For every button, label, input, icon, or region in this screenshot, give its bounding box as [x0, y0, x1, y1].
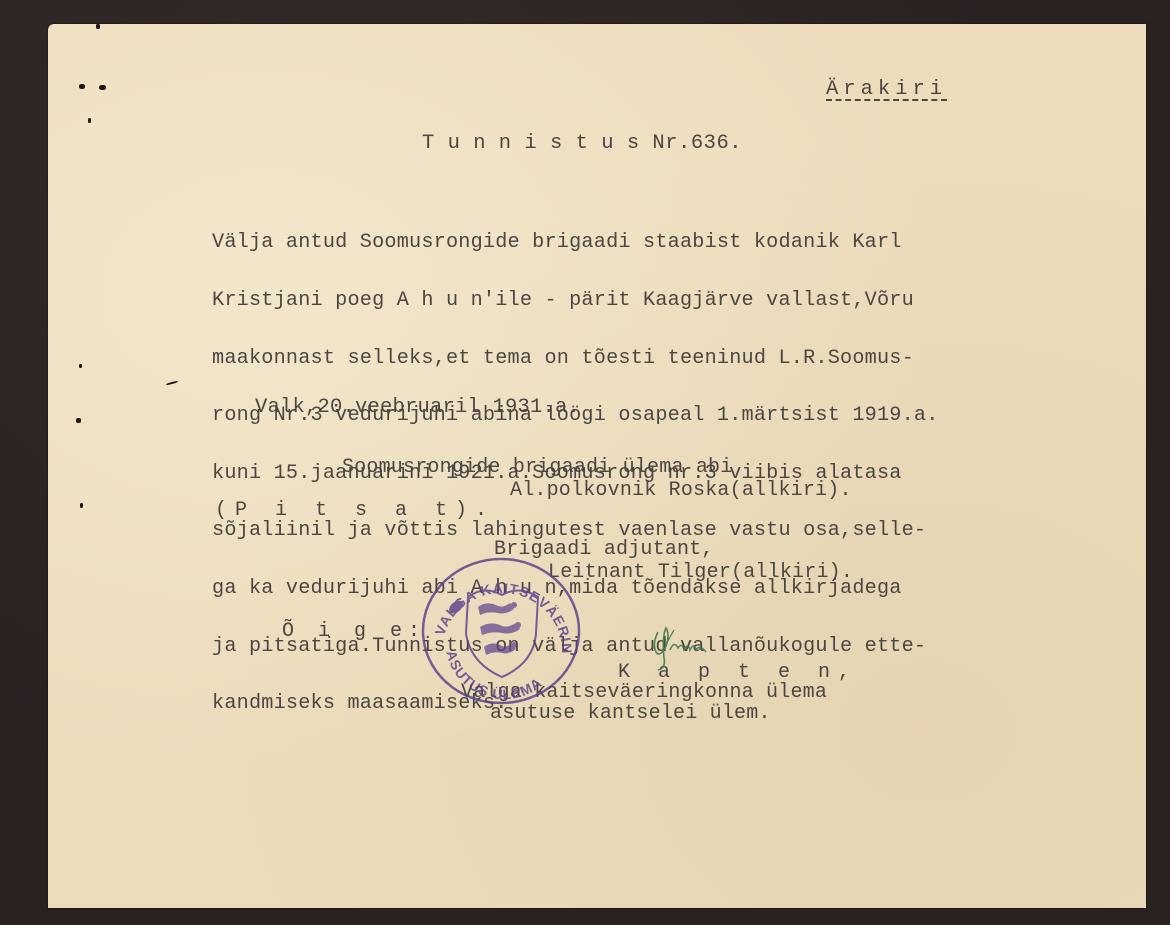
copy-heading: Ärakiri — [826, 80, 947, 100]
commander-title: Soomusrongide brigaadi ülema abi — [342, 458, 732, 478]
handwritten-signature-icon — [636, 624, 746, 674]
seal-label: (P i t s a t). — [215, 501, 495, 521]
svg-text:ASUTUS ÜLEMA: ASUTUS ÜLEMA — [443, 649, 545, 703]
punch-hole-mark — [88, 118, 91, 123]
punch-hole-mark — [166, 380, 178, 385]
place-date: Valk,20.veebruaril 1931.a. — [255, 398, 580, 418]
punch-hole-mark — [96, 24, 100, 29]
body-line: maakonnast selleks,et tema on tõesti tee… — [212, 349, 939, 368]
commander-name: Al.polkovnik Roska(allkiri). — [510, 481, 852, 501]
punch-hole-mark — [80, 503, 83, 508]
svg-text:VALGA KAITSEVÄERINGKONNA: VALGA KAITSEVÄERINGKONNA — [420, 555, 575, 655]
document-title: T u n n i s t u s Nr.636. — [422, 134, 742, 154]
punch-hole-mark — [99, 85, 106, 90]
punch-hole-mark — [79, 84, 85, 89]
punch-hole-mark — [79, 364, 82, 368]
certified-label: Õ i g e: — [282, 622, 426, 642]
punch-hole-mark — [76, 418, 81, 423]
adjutant-name: Leitnant Tilger(allkiri). — [548, 563, 853, 583]
body-line: Välja antud Soomusrongide brigaadi staab… — [212, 233, 939, 252]
official-stamp-icon: VALGA KAITSEVÄERINGKONNA ASUTUS ÜLEMA — [420, 555, 582, 707]
body-line: Kristjani poeg A h u n'ile - pärit Kaagj… — [212, 291, 939, 310]
